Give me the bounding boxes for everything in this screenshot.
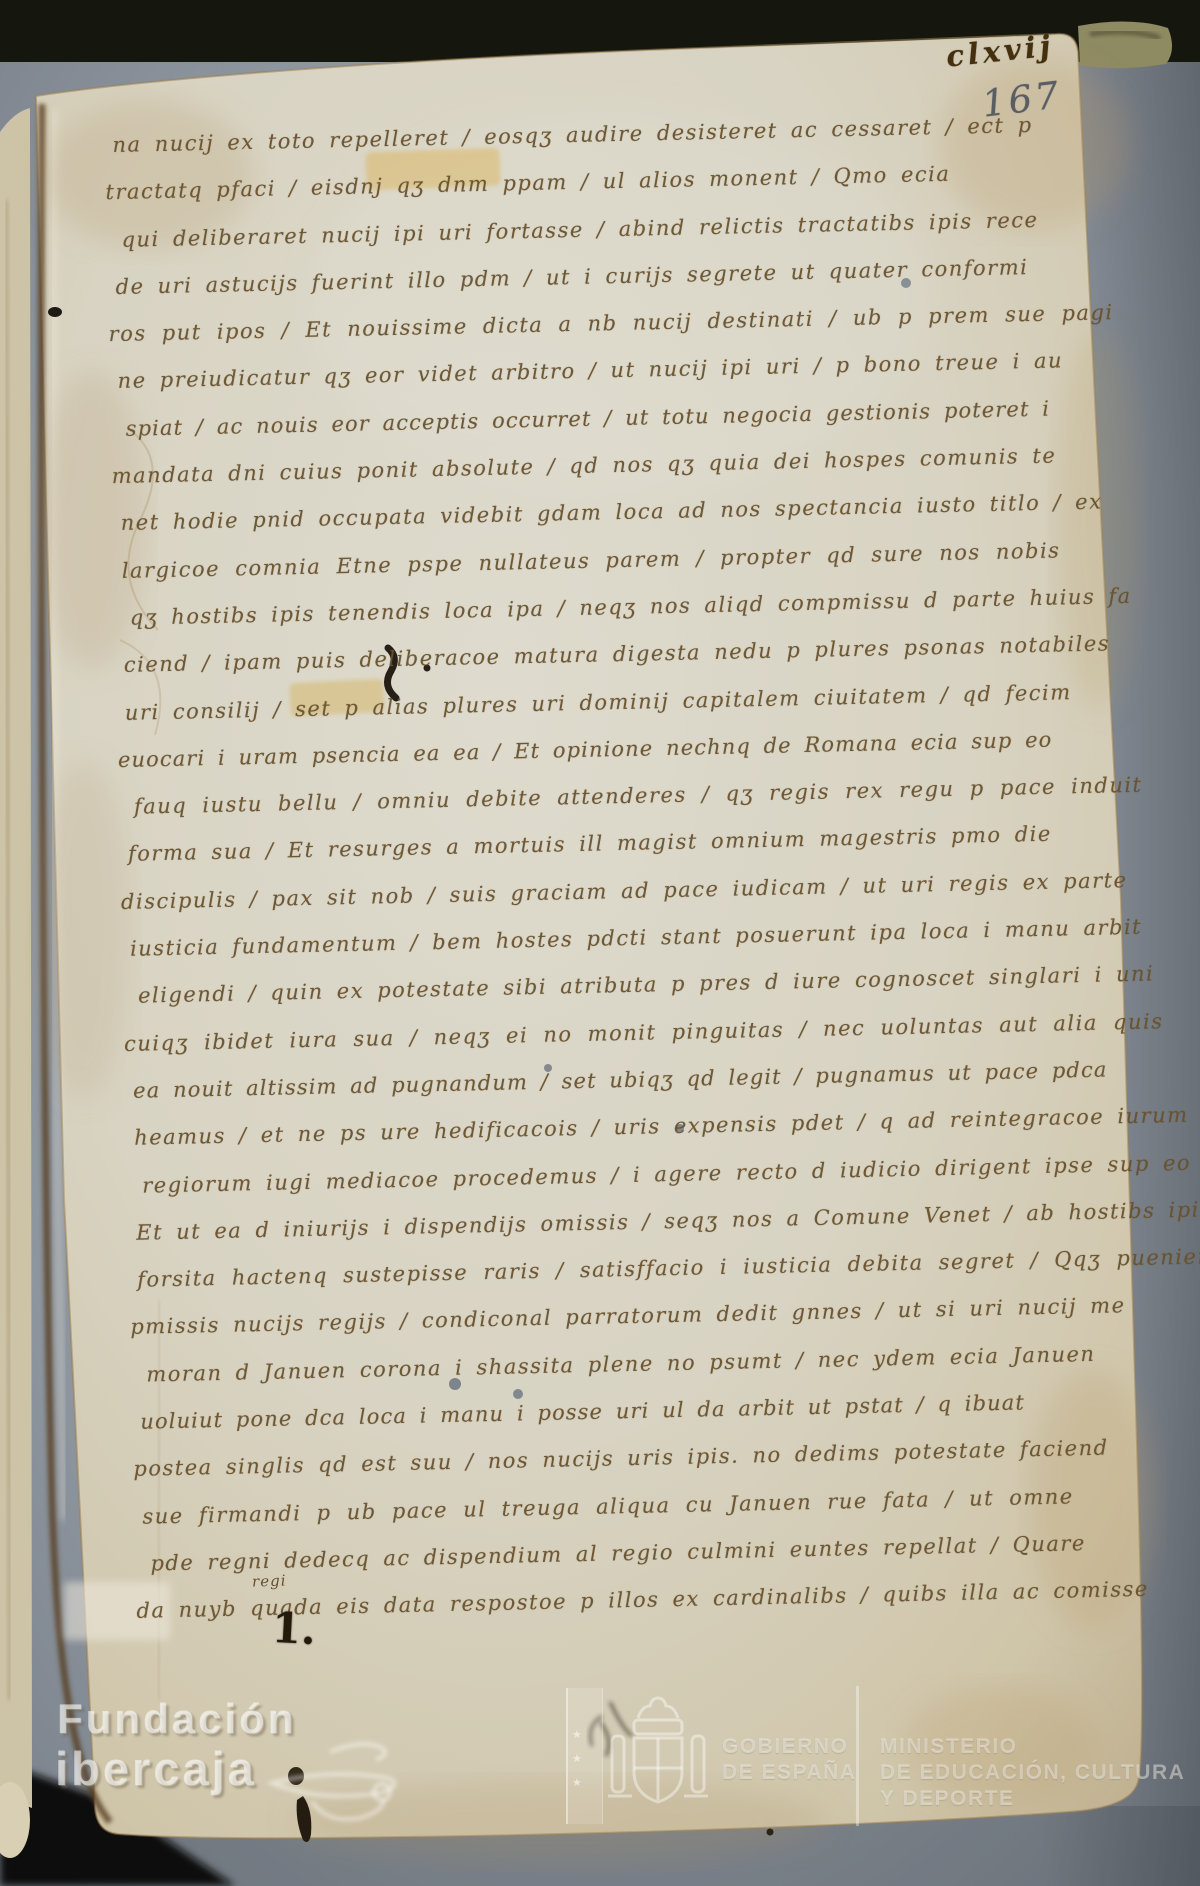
eu-star-icon: ★ (572, 1728, 582, 1741)
watermark-gobierno-line1: GOBIERNO (722, 1734, 856, 1760)
watermark-ministerio-line1: MINISTERIO (880, 1734, 1185, 1760)
watermark-ministerio-line2: DE EDUCACIÓN, CULTURA (880, 1760, 1185, 1786)
watermark-gobierno-line2: DE ESPAÑA (722, 1760, 856, 1786)
interline-insertion: regi (252, 1571, 287, 1590)
eu-flag-icon: ★ ★ ★ (566, 1688, 603, 1824)
eu-star-icon: ★ (572, 1752, 582, 1765)
watermark-ministerio-line3: Y DEPORTE (880, 1786, 1185, 1812)
margin-mark: 1. (271, 1603, 317, 1654)
facing-page-edge (0, 108, 32, 1814)
manuscript-scan: na nucij ex toto repelleret / eosqʒ audi… (0, 0, 1200, 1886)
watermark-divider (856, 1686, 859, 1826)
watermark-ibercaja: ibercaja (56, 1742, 258, 1797)
repair-tab (1078, 21, 1172, 68)
watermark-gobierno: GOBIERNO DE ESPAÑA (722, 1734, 856, 1786)
eu-star-icon: ★ (572, 1776, 582, 1789)
manuscript-text-block: na nucij ex toto repelleret / eosqʒ audi… (112, 101, 1105, 1635)
watermark-fundacion: Fundación (58, 1696, 297, 1744)
watermark-ministerio: MINISTERIO DE EDUCACIÓN, CULTURA Y DEPOR… (880, 1734, 1185, 1812)
